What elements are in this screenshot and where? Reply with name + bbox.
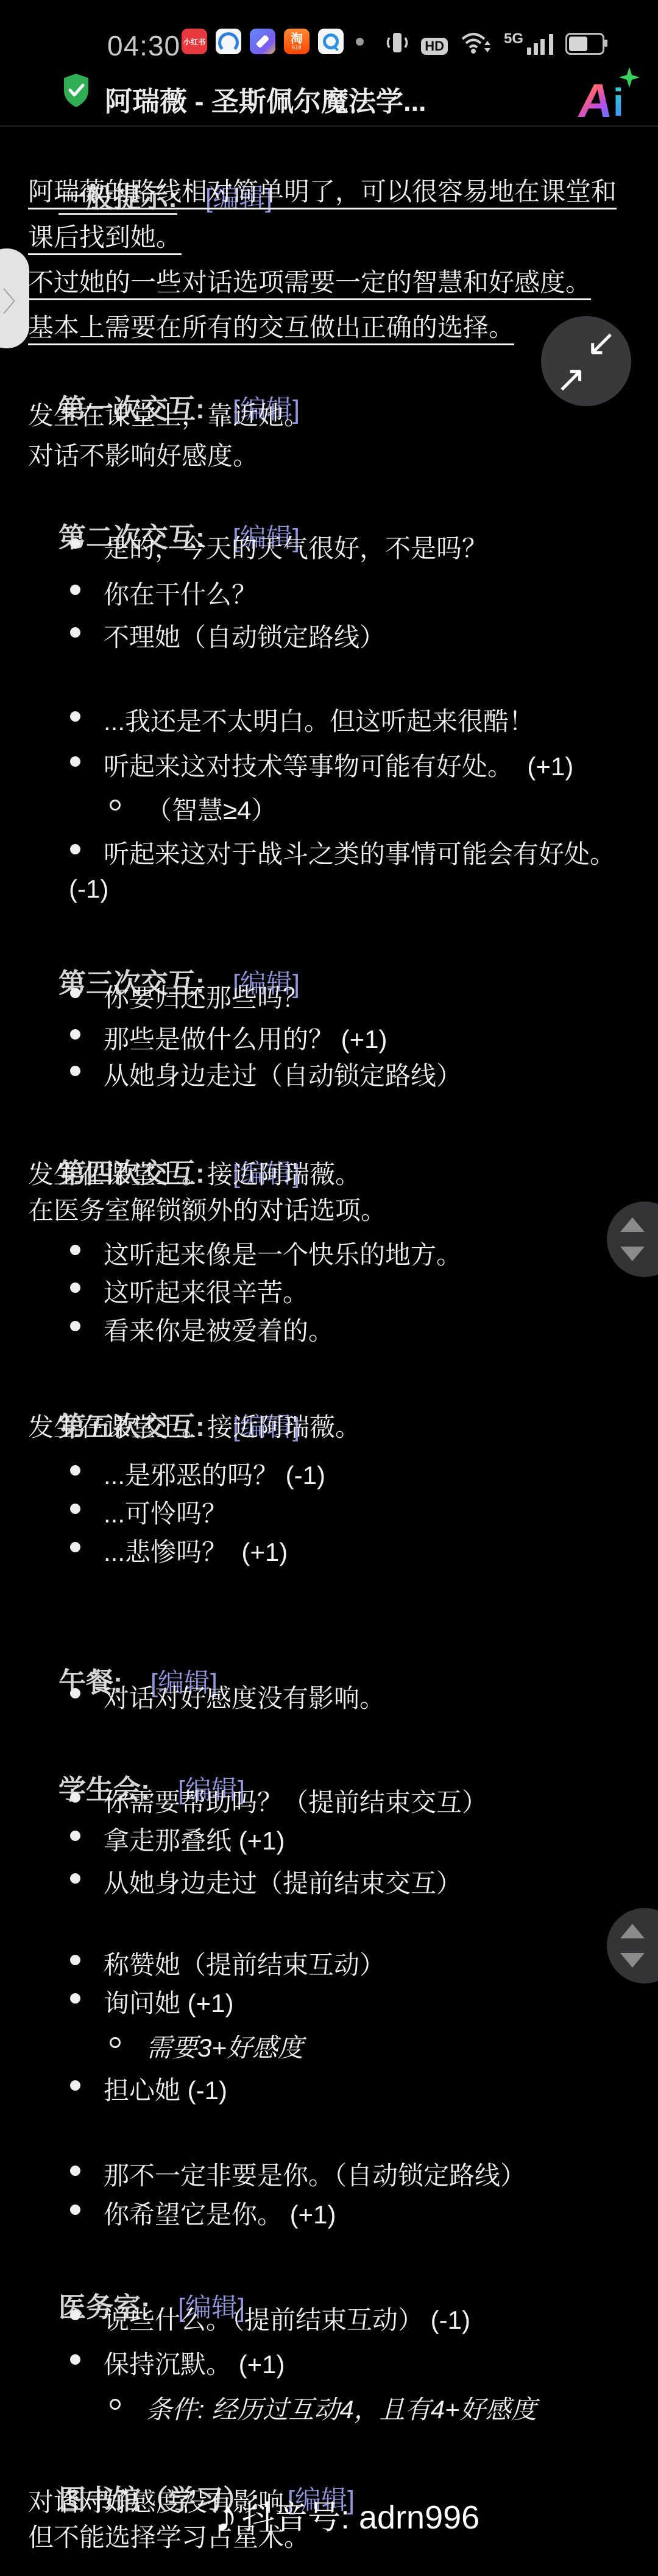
list-item: 这听起来很辛苦。 [69, 1273, 308, 1309]
sub-list-item: 需要3+好感度 [110, 2028, 303, 2064]
douyin-watermark: ♪ 抖音号: adrn996 [214, 2491, 479, 2538]
list-item: ...我还是不太明白。但这听起来很酷！ [69, 702, 534, 738]
scroll-up-icon[interactable] [620, 1217, 645, 1232]
list-item: 听起来这对技术等事物可能有好处。 (+1) [69, 747, 573, 783]
notification-icons: 小红书 淘618 [182, 29, 364, 54]
toolbox-app-icon [250, 29, 275, 54]
list-item: 那些是做什么用的？ (+1) [69, 1019, 387, 1056]
security-shield-icon [61, 72, 91, 110]
paragraph-line: 发生在课堂上。接近阿瑞薇。 [28, 1155, 361, 1191]
list-item: 你希望它是你。 (+1) [69, 2195, 336, 2231]
battery-icon [565, 33, 604, 55]
paragraph-line: 发生在课堂上。接近阿瑞薇。 [28, 1407, 361, 1444]
taobao-app-icon: 淘618 [284, 29, 310, 54]
paragraph-line: 发生在课堂上，靠近她。 [28, 396, 310, 432]
paragraph-line: 在医务室解锁额外的对话选项。 [28, 1191, 386, 1227]
ai-assistant-button[interactable]: A i [579, 67, 646, 125]
list-item: 保持沉默。 (+1) [69, 2345, 285, 2381]
list-item: 那不一定非要是你。（自动锁定路线） [69, 2156, 526, 2192]
search-app-icon [318, 29, 344, 54]
sparkle-icon [619, 67, 640, 88]
list-item: 从她身边走过（提前结束交互） [69, 1863, 462, 1900]
scroll-control-lower[interactable] [607, 1908, 658, 1983]
watermark-text: 抖音号: adrn996 [242, 2491, 479, 2538]
sub-list-item: 条件: 经历过互动4，且有4+好感度 [110, 2390, 537, 2426]
list-item: 听起来这对于战斗之类的事情可能会有好处。 [69, 834, 615, 871]
signal-bars-icon [527, 34, 553, 55]
list-item: 这听起来像是一个快乐的地方。 [69, 1235, 462, 1272]
paragraph-line: 课后找到她。 [28, 217, 182, 254]
list-item: 担心她 (-1) [69, 2071, 227, 2107]
more-notifications-dot [356, 38, 364, 46]
cloud-arc-icon [218, 32, 239, 53]
cloud-drive-app-icon [216, 29, 241, 54]
list-item: 从她身边走过（自动锁定路线） [69, 1056, 462, 1093]
magnifier-icon [323, 33, 339, 49]
paragraph-line: 阿瑞薇的路线相对简单明了，可以很容易地在课堂和 [28, 172, 617, 208]
list-item: 询问她 (+1) [69, 1983, 234, 2020]
title-bar: 阿瑞薇 - 圣斯佩尔魔法学... A i [0, 66, 658, 127]
xiaohongshu-app-icon: 小红书 [182, 29, 207, 54]
clock: 04:30 [107, 29, 180, 62]
network-type-label: 5G [504, 32, 523, 46]
sub-list-item: （智慧≥4） [110, 790, 277, 827]
brush-icon [256, 35, 270, 49]
list-item: 看来你是被爱着的。 [69, 1311, 334, 1348]
collapse-window-button[interactable]: ↙ ↗ [541, 316, 631, 406]
music-note-icon: ♪ [214, 2491, 238, 2538]
list-item: ...悲惨吗？ (+1) [69, 1532, 288, 1569]
paragraph-line: 对话不影响好感度。 [28, 436, 258, 473]
paragraph-line: 基本上需要在所有的交互做出正确的选择。 [28, 308, 514, 344]
list-item: 称赞她（提前结束互动） [69, 1945, 385, 1982]
list-item: 是的，今天的天气很好，不是吗？ [69, 529, 487, 565]
ai-logo-a: A [576, 77, 617, 124]
phone-screen: 04:30 小红书 淘618 HD [0, 0, 658, 2576]
list-item: 你在干什么？ [69, 575, 257, 611]
system-status-icons: HD 5G [386, 30, 604, 55]
wifi-icon [460, 30, 492, 55]
list-item: 你要归还那些吗？ [69, 978, 308, 1015]
ai-logo-i: i [613, 83, 624, 122]
side-panel-handle[interactable]: 〉 [0, 248, 29, 348]
cellular-signal-icon: 5G [504, 34, 553, 55]
scroll-down-icon[interactable] [620, 1247, 645, 1261]
scroll-up-icon[interactable] [620, 1924, 645, 1938]
scroll-down-icon[interactable] [620, 1953, 645, 1968]
list-item-wrap-line: (-1) [69, 875, 108, 904]
list-item: 不理她（自动锁定路线） [69, 618, 385, 654]
list-item: 对话对好感度没有影响。 [69, 1678, 385, 1715]
status-bar: 04:30 小红书 淘618 HD [0, 0, 658, 66]
chevron-right-icon: 〉 [2, 280, 29, 319]
arrow-northeast-icon: ↗ [556, 361, 586, 398]
page-title: 阿瑞薇 - 圣斯佩尔魔法学... [105, 79, 426, 119]
scroll-control-upper[interactable] [607, 1202, 658, 1277]
list-item: ...是邪恶的吗？ (-1) [69, 1455, 325, 1492]
list-item: 说些什么。（提前结束互动） (-1) [69, 2300, 470, 2337]
vibrate-icon [386, 30, 409, 55]
list-item: 拿走那叠纸 (+1) [69, 1821, 285, 1857]
hd-badge: HD [421, 38, 448, 55]
list-item: ...可怜吗？ [69, 1494, 227, 1530]
arrow-southwest-icon: ↙ [586, 325, 617, 361]
list-item: 你需要帮助吗？（提前结束交互） [69, 1782, 487, 1819]
paragraph-line: 不过她的一些对话选项需要一定的智慧和好感度。 [28, 262, 591, 299]
